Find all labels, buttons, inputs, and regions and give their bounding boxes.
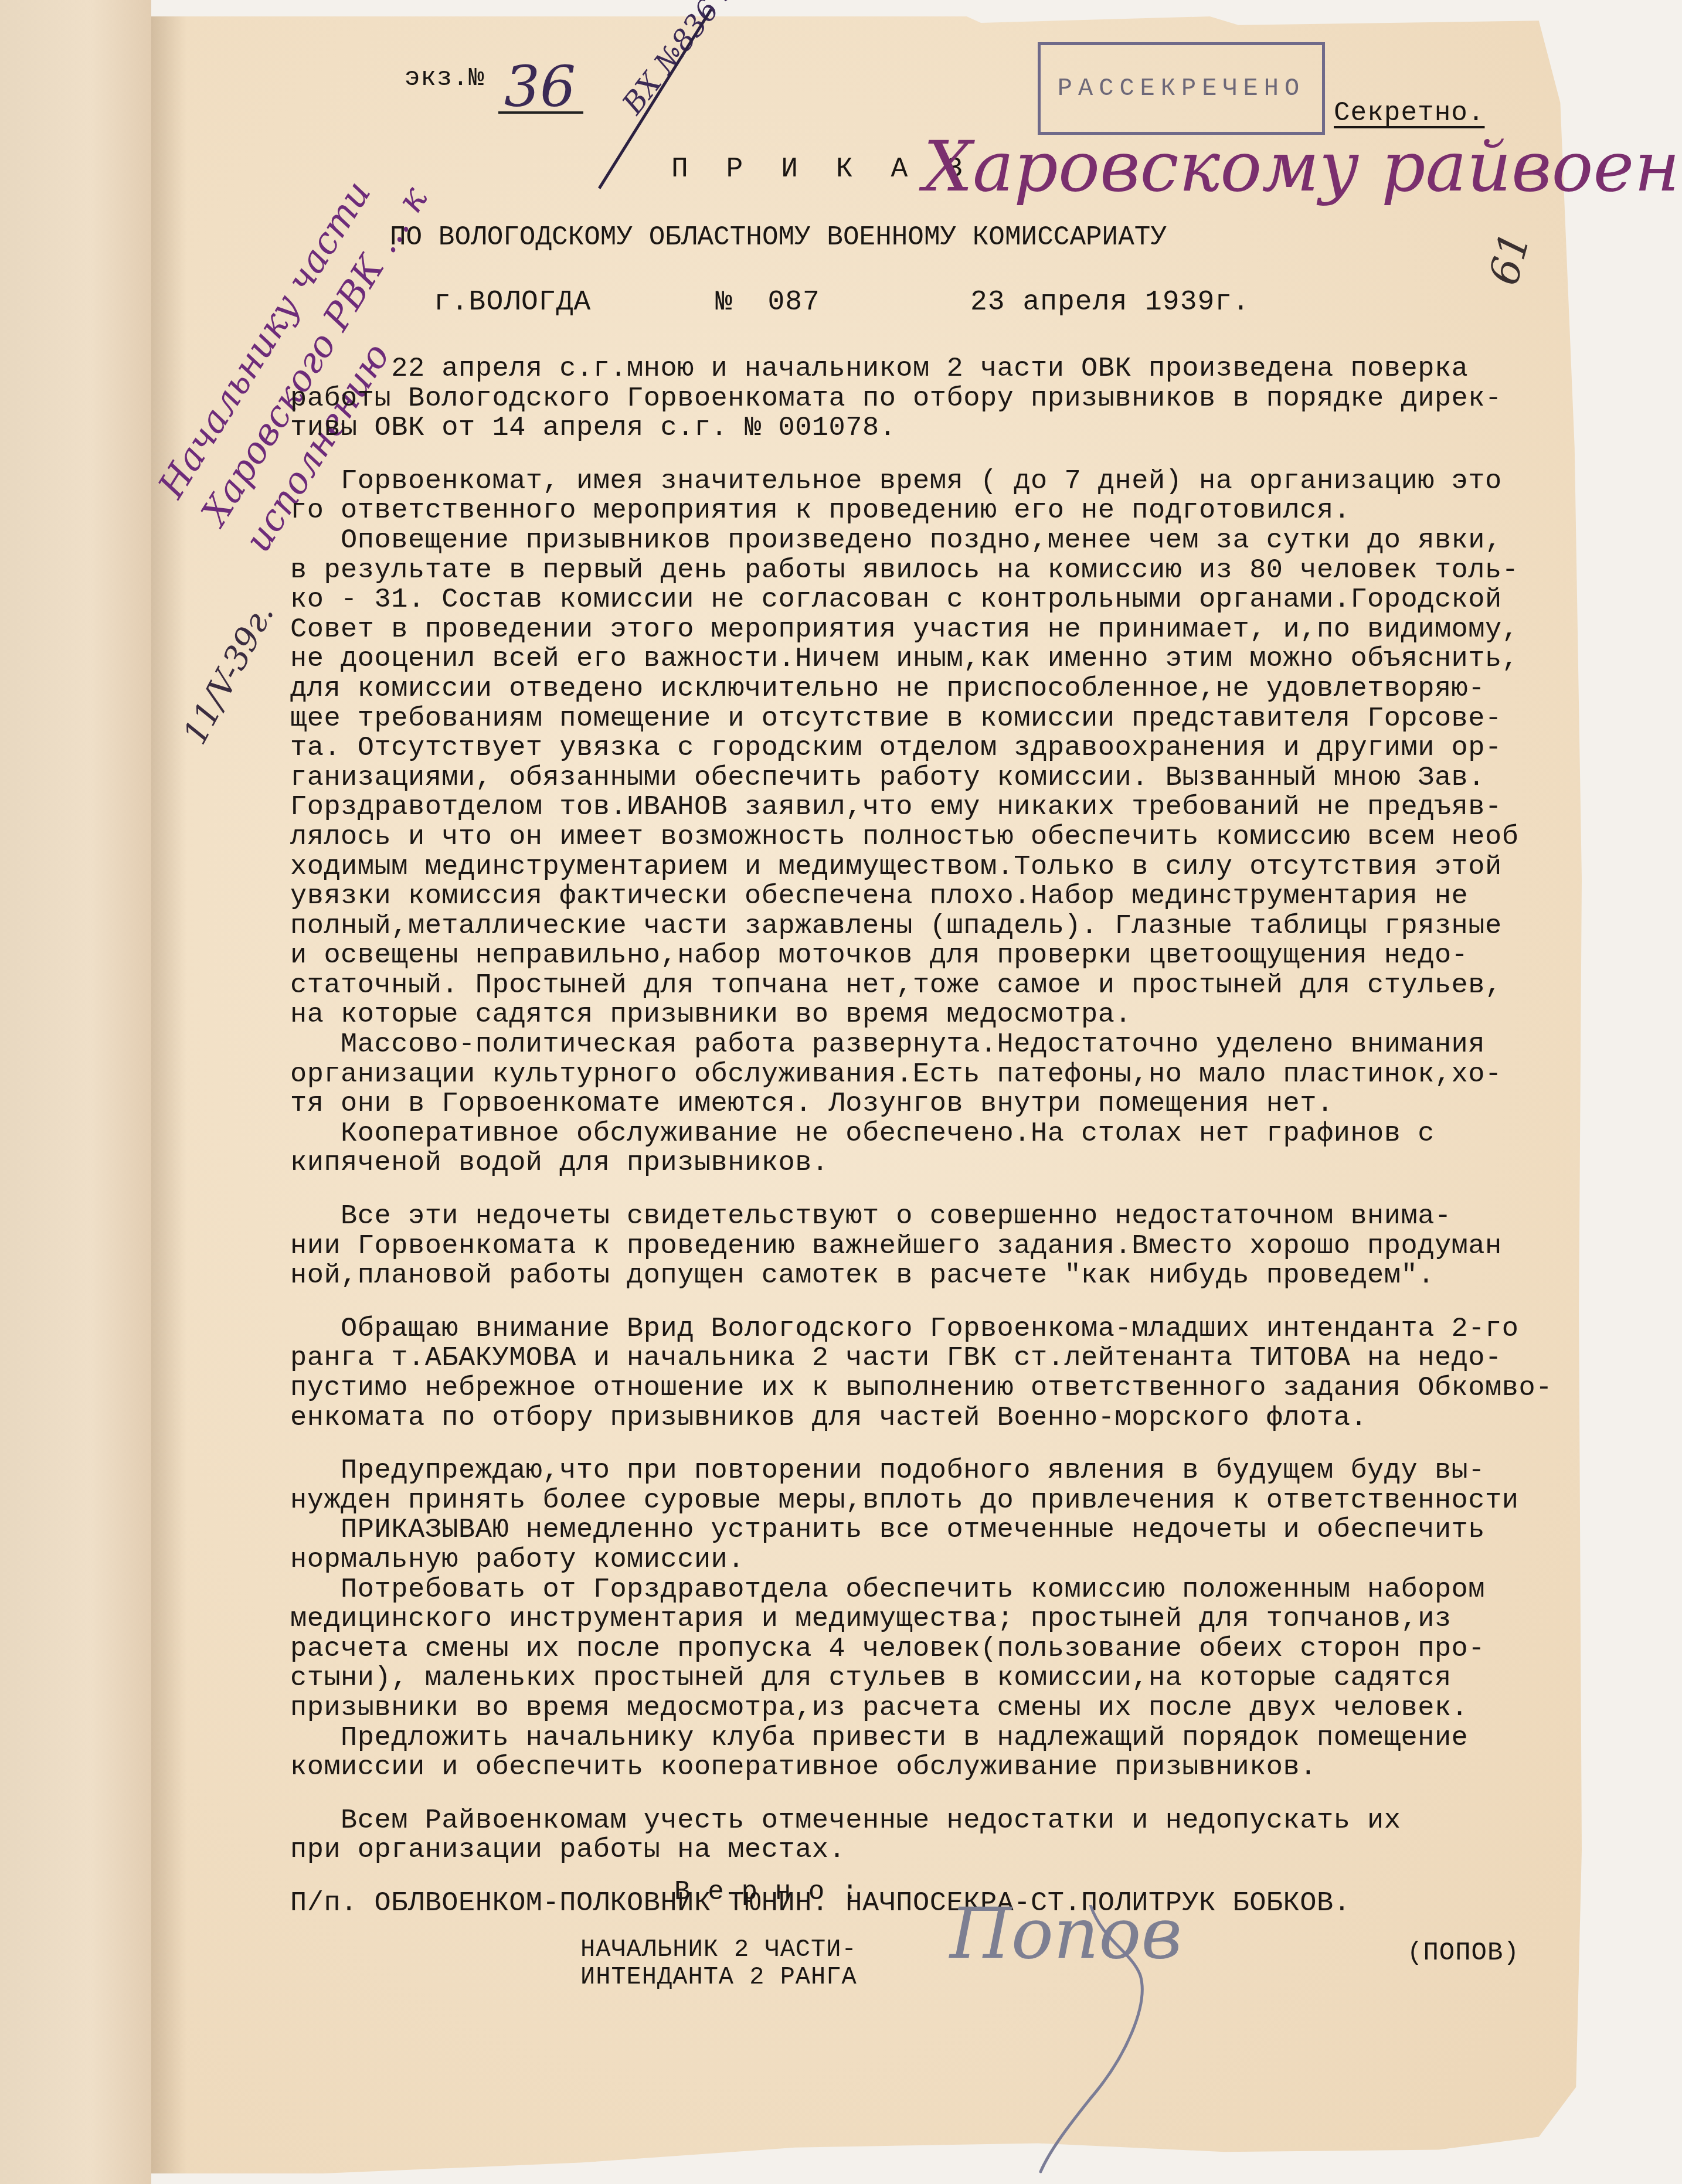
body-line: в результате в первый день работы явилос… xyxy=(290,556,1592,586)
body-line: Предупреждаю,что при повторении подобног… xyxy=(290,1457,1592,1486)
paragraph-gap xyxy=(290,444,1592,467)
body-line: ной,плановой работы допущен самотек в ра… xyxy=(290,1261,1592,1291)
body-line: организации культурного обслуживания.Ест… xyxy=(290,1060,1592,1090)
facing-page xyxy=(0,0,151,2184)
copy-number: 36 xyxy=(504,54,576,120)
order-date: 23 апреля 1939г. xyxy=(970,288,1250,317)
body-line: ранга т.АБАКУМОВА и начальника 2 части Г… xyxy=(290,1344,1592,1374)
body-line: работы Вологодского Горвоенкомата по отб… xyxy=(290,385,1592,414)
body-line: не дооценил всей его важности.Ничем иным… xyxy=(290,645,1592,675)
city: г.ВОЛОГДА xyxy=(434,288,591,317)
body-line: нужден принять более суровые меры,вплоть… xyxy=(290,1486,1592,1516)
body-line: Совет в проведении этого мероприятия уча… xyxy=(290,615,1592,645)
addressee-handwritten: Харовскому райвоенко. xyxy=(923,126,1682,207)
body-line: для комиссии отведено исключительно не п… xyxy=(290,675,1592,705)
body-line: ганизациями, обязанными обеспечить работ… xyxy=(290,764,1592,794)
body-line: ходимым мединструментарием и медимуществ… xyxy=(290,853,1592,883)
body-line: при организации работы на местах. xyxy=(290,1836,1592,1866)
body-line: на которые садятся призывники во время м… xyxy=(290,1001,1592,1030)
certified-label: В е р н о : xyxy=(674,1879,859,1906)
body-line: 22 апреля с.г.мною и начальником 2 части… xyxy=(290,355,1592,385)
body-line: Все эти недочеты свидетельствуют о совер… xyxy=(290,1202,1592,1232)
body-line: медицинского инструментария и медимущест… xyxy=(290,1605,1592,1635)
body-line: Предложить начальнику клуба привести в н… xyxy=(290,1724,1592,1754)
position-line-1: НАЧАЛЬНИК 2 ЧАСТИ- xyxy=(580,1937,857,1962)
position-line-2: ИНТЕНДАНТА 2 РАНГА xyxy=(580,1965,857,1989)
body-line: увязки комиссия фактически обеспечена пл… xyxy=(290,882,1592,912)
body-line: ПРИКАЗЫВАЮ немедленно устранить все отме… xyxy=(290,1516,1592,1546)
body-line: та. Отсутствует увязка с городским отдел… xyxy=(290,734,1592,764)
order-body: 22 апреля с.г.мною и начальником 2 части… xyxy=(290,355,1592,1919)
body-line: пустимо небрежное отношение их к выполне… xyxy=(290,1374,1592,1404)
body-line: статочный. Простыней для топчана нет,тож… xyxy=(290,971,1592,1001)
body-line: комиссии и обеспечить кооперативное обсл… xyxy=(290,1753,1592,1783)
paragraph-gap xyxy=(290,1866,1592,1889)
binding-shadow xyxy=(151,16,186,2173)
document-subtitle: ПО ВОЛОГОДСКОМУ ОБЛАСТНОМУ ВОЕННОМУ КОМИ… xyxy=(390,224,1167,251)
classification-label: Секретно. xyxy=(1334,100,1484,127)
body-line: Оповещение призывников произведено поздн… xyxy=(290,526,1592,556)
body-line: нормальную работу комиссии. xyxy=(290,1546,1592,1576)
body-line: лялось и что он имеет возможность полнос… xyxy=(290,823,1592,853)
body-line: стыни), маленьких простыней для стульев … xyxy=(290,1664,1592,1694)
body-line: Горвоенкомат, имея значительное время ( … xyxy=(290,467,1592,497)
body-line: призывники во время медосмотра,из расчет… xyxy=(290,1694,1592,1724)
body-line: нии Горвоенкомата к проведению важнейшег… xyxy=(290,1232,1592,1262)
body-line: Всем Райвоенкомам учесть отмеченные недо… xyxy=(290,1807,1592,1836)
paragraph-gap xyxy=(290,1433,1592,1457)
order-number: № 087 xyxy=(715,288,820,317)
body-line: енкомата по отбору призывников для часте… xyxy=(290,1404,1592,1434)
stamp-text: РАССЕКРЕЧЕНО xyxy=(1058,74,1305,103)
body-line: Горздравотделом тов.ИВАНОВ заявил,что ем… xyxy=(290,793,1592,823)
body-line: кипяченой водой для призывников. xyxy=(290,1149,1592,1179)
body-line: полный,металлические части заржавлены (ш… xyxy=(290,912,1592,942)
copy-label: экз.№ xyxy=(405,66,485,91)
body-line: тя они в Горвоенкомате имеются. Лозунгов… xyxy=(290,1090,1592,1120)
signature-tail-stroke xyxy=(938,1905,1231,2175)
body-line: Кооперативное обслуживание не обеспечено… xyxy=(290,1120,1592,1149)
paragraph-gap xyxy=(290,1291,1592,1315)
body-line: Массово-политическая работа развернута.Н… xyxy=(290,1030,1592,1060)
body-line: расчета смены их после пропуска 4 челове… xyxy=(290,1635,1592,1665)
paragraph-gap xyxy=(290,1179,1592,1202)
body-line: щее требованиям помещение и отсутствие в… xyxy=(290,705,1592,734)
paragraph-gap xyxy=(290,1783,1592,1807)
body-line: и освещены неправильно,набор моточков дл… xyxy=(290,941,1592,971)
body-line: Потребовать от Горздравотдела обеспечить… xyxy=(290,1576,1592,1605)
body-line: ко - 31. Состав комиссии не согласован с… xyxy=(290,586,1592,615)
copy-number-underline xyxy=(498,111,583,114)
body-line: тивы ОВК от 14 апреля с.г. № 001078. xyxy=(290,414,1592,444)
signatory-name: (ПОПОВ) xyxy=(1407,1940,1520,1966)
body-line: го ответственного мероприятия к проведен… xyxy=(290,496,1592,526)
declassified-stamp: РАССЕКРЕЧЕНО xyxy=(1038,42,1325,135)
body-line: Обращаю внимание Врид Вологодского Горво… xyxy=(290,1315,1592,1345)
